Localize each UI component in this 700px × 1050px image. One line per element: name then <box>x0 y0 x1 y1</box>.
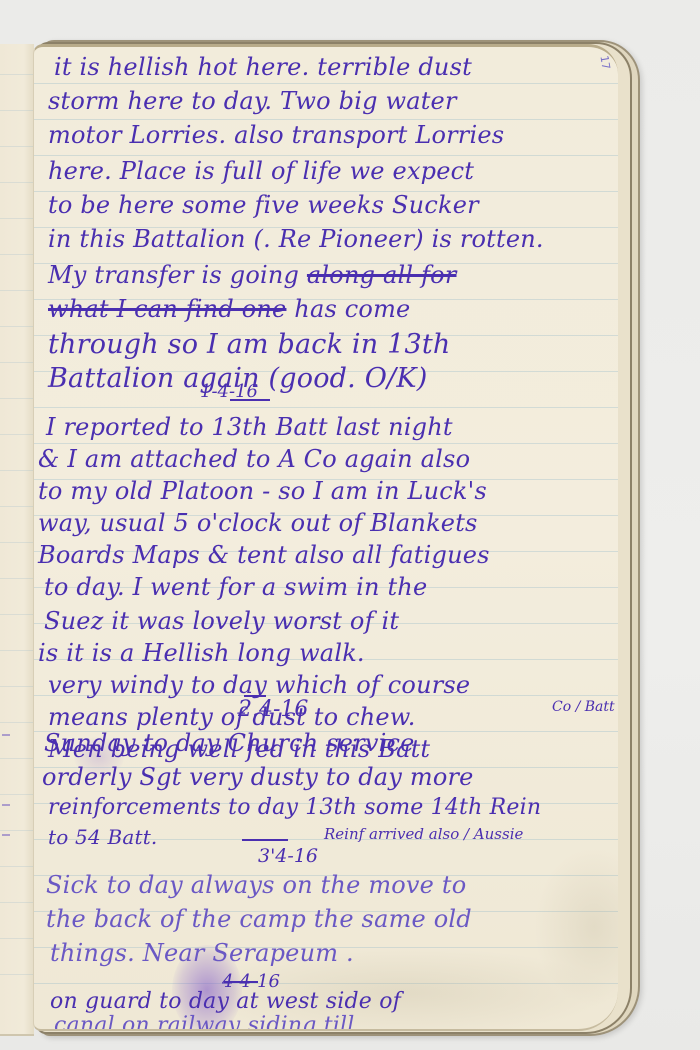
entry-2-date: 2.4-16 <box>238 697 308 722</box>
entry-1-line-3: way, usual 5 o'clock out of Blankets <box>38 509 478 537</box>
entry-1-line-7: is it is a Hellish long walk. <box>38 639 365 667</box>
entry-2-margin-note: Co / Batt <box>552 699 615 715</box>
entry-1-line-9: means plenty of dust to chew. <box>48 703 416 731</box>
entry-1-line-1: & I am attached to A Co again also <box>38 445 470 473</box>
entry-2-line-1: orderly Sgt very dusty to day more <box>42 763 474 791</box>
separator-dash <box>242 839 288 841</box>
entry-0-line-6: My transfer is going along all for <box>48 261 457 289</box>
entry-1-line-6: Suez it was lovely worst of it <box>44 607 399 635</box>
entry-0-line-8: through so I am back in 13th <box>48 329 451 360</box>
entry-4-line-0: on guard to day at west side of <box>50 989 401 1014</box>
diary-page: it is hellish hot here. terrible dust st… <box>33 44 618 1031</box>
entry-2-line-0: Sunday to day Church service <box>44 729 415 757</box>
entry-4-line-1: canal on railway siding till <box>54 1013 354 1031</box>
entry-0-line-4: to be here some five weeks Sucker <box>48 191 479 219</box>
entry-3-line-2: things. Near Serapeum . <box>50 939 354 967</box>
entry-0-line-3: here. Place is full of life we expect <box>48 157 474 185</box>
entry-2-line-3: to 54 Batt. <box>48 825 158 849</box>
entry-3-line-1: the back of the camp the same old <box>46 905 472 933</box>
page-number: 17 <box>597 54 612 70</box>
entry-0-line-0: it is hellish hot here. terrible dust <box>54 53 472 81</box>
entry-1-date: 1-4-16 <box>200 381 258 402</box>
struck-text: along all for <box>307 261 457 289</box>
entry-1-line-2: to my old Platoon - so I am in Luck's <box>38 477 487 505</box>
struck-text: what I can find one <box>48 295 286 323</box>
facing-left-page-edge <box>0 44 34 1036</box>
entry-2-line-2: reinforcements to day 13th some 14th Rei… <box>48 795 541 820</box>
entry-3-date: 3'4-16 <box>258 845 318 867</box>
entry-2-side-note: Reinf arrived also / Aussie <box>324 825 523 843</box>
entry-3-line-0: Sick to day always on the move to <box>46 871 466 899</box>
entry-0-line-1: storm here to day. Two big water <box>48 87 457 115</box>
entry-0-line-2: motor Lorries. also transport Lorries <box>48 121 504 149</box>
entry-1-line-0: I reported to 13th Batt last night <box>46 413 453 441</box>
entry-0-line-7: what I can find one has come <box>48 295 410 323</box>
entry-0-line-5: in this Battalion (. Re Pioneer) is rott… <box>48 225 544 253</box>
entry-1-line-5: to day. I went for a swim in the <box>44 573 427 601</box>
entry-1-line-4: Boards Maps & tent also all fatigues <box>38 541 490 569</box>
